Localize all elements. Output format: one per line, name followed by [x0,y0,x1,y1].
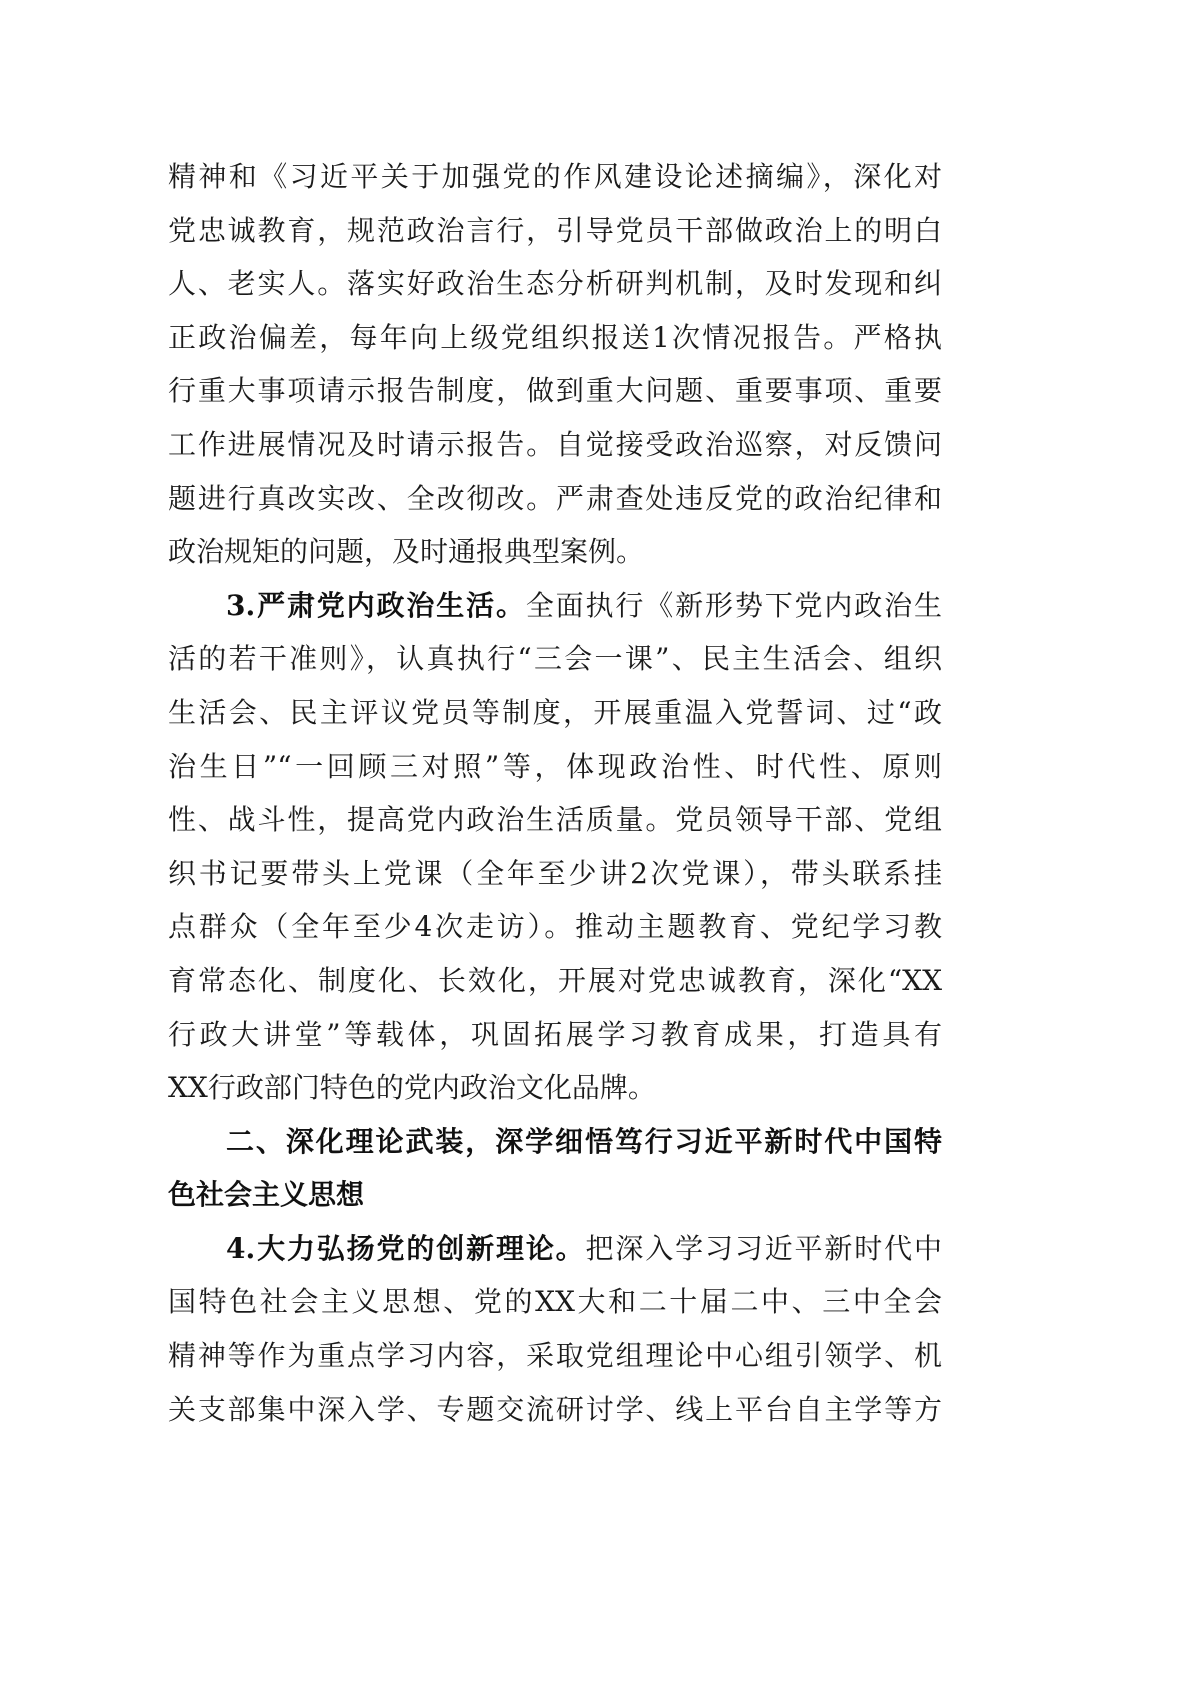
text-line: 精神等作为重点学习内容，采取党组理论中心组引领学、机 [168,1329,942,1383]
text-line: 育常态化、制度化、长效化，开展对党忠诚教育，深化“XX [168,954,942,1008]
paragraph-political-ecology: 精神和《习近平关于加强党的作风建设论述摘编》，深化对 党忠诚教育，规范政治言行，… [168,150,942,579]
text-line: 题进行真改实改、全改彻改。严肃查处违反党的政治纪律和 [168,472,942,526]
text-line: 点群众（全年至少4次走访）。推动主题教育、党纪学习教 [168,900,942,954]
text-line: 精神和《习近平关于加强党的作风建设论述摘编》，深化对 [168,150,942,204]
text-line: 关支部集中深入学、专题交流研讨学、线上平台自主学等方 [168,1383,942,1437]
text-line: 行重大事项请示报告制度，做到重大问题、重要事项、重要 [168,364,942,418]
text-line: 织书记要带头上党课（全年至少讲2次党课），带头联系挂 [168,847,942,901]
heading-text: 二、深化理论武装，深学细悟笃行习近平新时代中国特 [226,1125,942,1158]
text-line: 政治规矩的问题，及时通报典型案例。 [168,525,942,579]
paragraph-item-3: 3.严肃党内政治生活。全面执行《新形势下党内政治生 活的若干准则》，认真执行“三… [168,579,942,1115]
text-line: 活的若干准则》，认真执行“三会一课”、民主生活会、组织 [168,632,942,686]
item-lead-title: 4.大力弘扬党的创新理论。 [226,1232,586,1265]
text-line: 国特色社会主义思想、党的XX大和二十届二中、三中全会 [168,1275,942,1329]
text-line: 正政治偏差，每年向上级党组织报送1次情况报告。严格执 [168,311,942,365]
text-line: 治生日”“一回顾三对照”等，体现政治性、时代性、原则 [168,740,942,794]
section-heading-2: 二、深化理论武装，深学细悟笃行习近平新时代中国特 色社会主义思想 [168,1115,942,1222]
text-line: 生活会、民主评议党员等制度，开展重温入党誓词、过“政 [168,686,942,740]
heading-line: 二、深化理论武装，深学细悟笃行习近平新时代中国特 [168,1115,942,1169]
text-line-first: 4.大力弘扬党的创新理论。把深入学习习近平新时代中 [168,1222,942,1276]
text-line: 党忠诚教育，规范政治言行，引导党员干部做政治上的明白 [168,204,942,258]
item-lead-rest: 把深入学习习近平新时代中 [586,1232,942,1265]
text-line: XX行政部门特色的党内政治文化品牌。 [168,1061,942,1115]
heading-text: 色社会主义思想 [168,1178,364,1211]
item-lead-title: 3.严肃党内政治生活。 [226,589,526,622]
text-line: 性、战斗性，提高党内政治生活质量。党员领导干部、党组 [168,793,942,847]
paragraph-item-4: 4.大力弘扬党的创新理论。把深入学习习近平新时代中 国特色社会主义思想、党的XX… [168,1222,942,1436]
item-lead-rest: 全面执行《新形势下党内政治生 [526,589,942,622]
text-line: 人、老实人。落实好政治生态分析研判机制，及时发现和纠 [168,257,942,311]
document-page: 精神和《习近平关于加强党的作风建设论述摘编》，深化对 党忠诚教育，规范政治言行，… [168,150,942,1436]
text-line: 工作进展情况及时请示报告。自觉接受政治巡察，对反馈问 [168,418,942,472]
heading-line: 色社会主义思想 [168,1168,942,1222]
text-line-first: 3.严肃党内政治生活。全面执行《新形势下党内政治生 [168,579,942,633]
text-line: 行政大讲堂”等载体，巩固拓展学习教育成果，打造具有 [168,1008,942,1062]
